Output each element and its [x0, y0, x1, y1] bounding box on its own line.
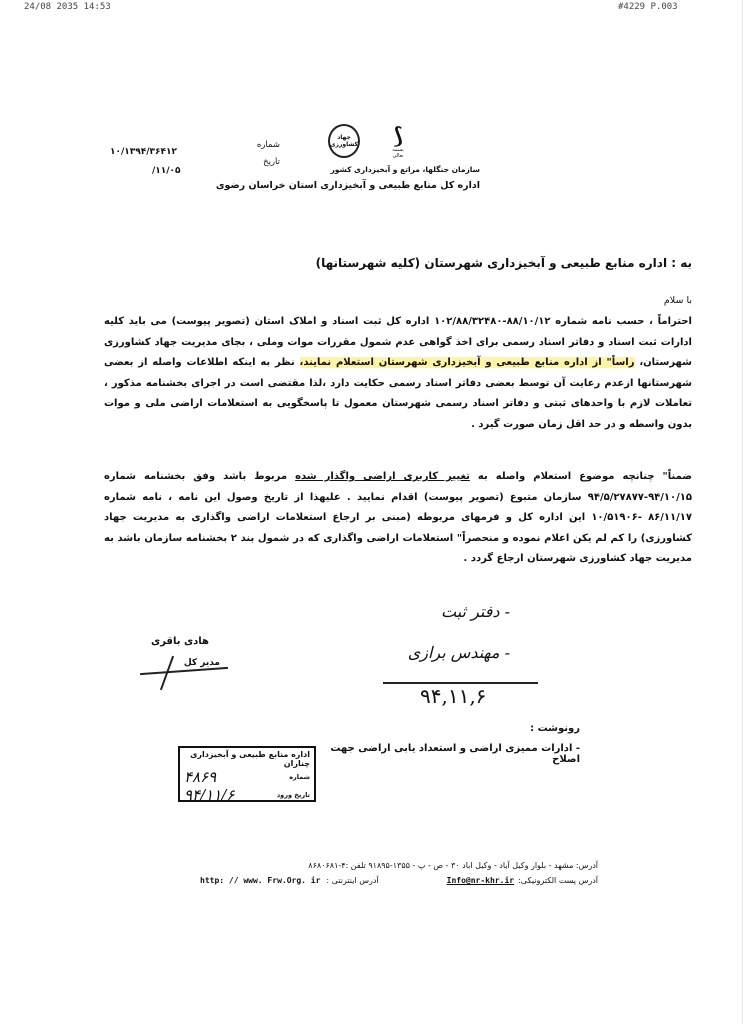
cc-item: - ادارات مميزی اراضی و استعداد یابی اراض…	[330, 743, 580, 765]
website-label: آدرس اینترنتی :	[326, 876, 378, 885]
signatory-title: مدیر کل	[150, 658, 220, 668]
org-line-2: اداره کل منابع طبیعی و آبخیزداری استان خ…	[170, 180, 480, 191]
fax-page-ref: #4229 P.003	[618, 2, 678, 12]
stamp-number-value: ۴۸۶۹	[184, 768, 216, 786]
org-line-1: سازمان جنگلها، مراتع و آبخیزداری کشور	[280, 165, 480, 174]
website-link[interactable]: http: // www. Frw.Org. ir	[200, 876, 320, 885]
letter-date: /۱۱/۰۵	[152, 166, 202, 176]
signatory-name: هادی باقری	[140, 636, 220, 647]
footer-address: آدرس: مشهد - بلوار وکیل آباد - وکیل اباد…	[220, 861, 598, 870]
emblem-logo: ⟆ بسمه تعالی	[388, 125, 408, 159]
handwritten-line-2: - مهندس برازی	[380, 643, 510, 662]
body-text: ضمناً" چنانچه موضوع استعلام واصله به	[478, 471, 692, 482]
greeting: با سلام	[480, 295, 692, 306]
iran-emblem-icon: ⟆	[388, 125, 408, 147]
footer-contacts: http: // www. Frw.Org. ir آدرس اینترنتی …	[200, 876, 598, 885]
body-text: مربوط باشد وفق بخشنامه شماره ۹۴/۱۰/۱۵-۹۴…	[104, 471, 692, 564]
email-link[interactable]: Info@nr-khr.ir	[447, 876, 514, 885]
cc-title: رونوشت :	[500, 723, 580, 734]
body-paragraph-2: ضمناً" چنانچه موضوع استعلام واصله به تغی…	[104, 467, 692, 570]
footer-email-group: Info@nr-khr.ir آدرس پست الکترونیکی:	[447, 876, 598, 885]
addressee: به : اداره منابع طبیعی و آبخیزداری شهرست…	[280, 256, 692, 270]
highlighted-text: راساً" از اداره منابع طبیعی و آبخیزداری …	[300, 357, 635, 368]
stamp-date-row: تاریخ ورود ۹۴/۱۱/۶	[184, 786, 310, 804]
stamp-date-label: تاریخ ورود	[277, 791, 310, 799]
handwritten-line-1: - دفتر ثبت	[400, 602, 510, 621]
fax-datetime: 24/08 2035 14:53	[24, 2, 111, 12]
jahad-logo-icon: جهاد کشاورزی	[328, 124, 360, 158]
stamp-number-label: شماره	[289, 773, 310, 781]
number-label: شماره	[240, 140, 280, 150]
letter-number: ۱۰/۱۳۹۴/۳۶۴۱۲	[110, 147, 210, 157]
body-paragraph-1: احتراماً ، حسب نامه شماره ۸۸/۱۰/۱۲-۱۰۲/۸…	[104, 312, 692, 435]
signature-stroke	[140, 667, 228, 675]
stamp-org: اداره منابع طبیعی و آبخیزداری چناران	[184, 750, 310, 768]
stamp-date-value: ۹۴/۱۱/۶	[184, 786, 234, 804]
date-label: تاریخ	[240, 157, 280, 167]
scan-edge-line	[742, 0, 743, 1024]
received-stamp: اداره منابع طبیعی و آبخیزداری چناران شما…	[178, 746, 316, 802]
footer-web-group: http: // www. Frw.Org. ir آدرس اینترنتی …	[200, 876, 379, 885]
email-label: آدرس پست الکترونیکی:	[518, 876, 598, 885]
underlined-text: تغییر کاربری اراضی واگذار شده	[295, 471, 470, 482]
bismillah-caption: بسمه تعالی	[388, 147, 408, 159]
handwritten-date: ۹۴,۱۱,۶	[420, 684, 486, 708]
stamp-number-row: شماره ۴۸۶۹	[184, 768, 310, 786]
